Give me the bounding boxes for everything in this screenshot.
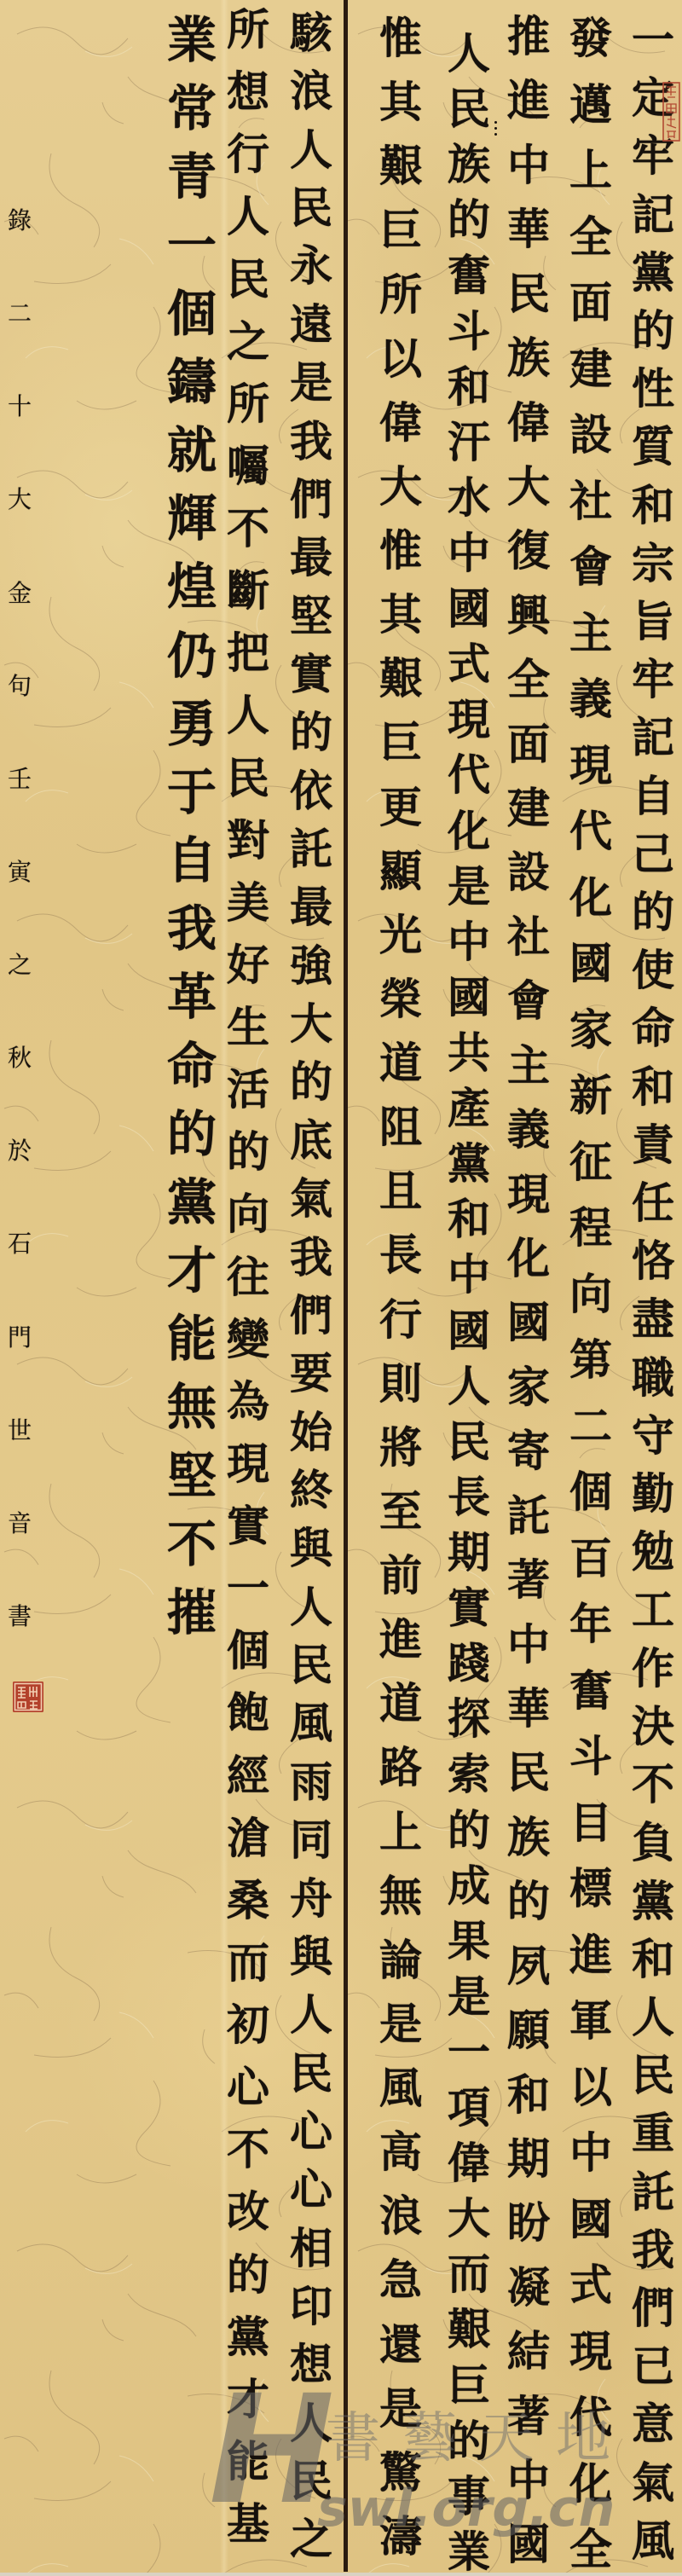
glyph: 二 — [569, 1405, 612, 1448]
calligraphy-column-5: 惟其艱巨所以偉大惟其艱巨更顯光榮道阻且長行則將至前進道路上無論是風高浪急還是驚濤 — [368, 17, 433, 2558]
glyph: 于 — [167, 767, 217, 817]
glyph: 使 — [632, 949, 674, 992]
glyph: 氣 — [290, 1178, 332, 1220]
glyph: 世 — [8, 1419, 32, 1443]
glyph: 國 — [569, 942, 612, 985]
glyph: 進 — [379, 1618, 422, 1661]
calligraphy-scroll: 一定牢記黨的性質和宗旨牢記自己的使命和責任恪盡職守勤勉工作決不負黨和人民重託我們… — [0, 0, 682, 2576]
glyph: 全 — [569, 216, 612, 258]
glyph: 所 — [227, 9, 269, 51]
glyph: 著 — [507, 1559, 550, 1601]
glyph: 全 — [507, 658, 550, 701]
glyph: 期 — [507, 2138, 550, 2180]
glyph: 會 — [569, 546, 612, 588]
glyph: 人 — [448, 1365, 490, 1408]
glyph: 邁 — [569, 84, 612, 126]
glyph: 所 — [227, 383, 269, 425]
glyph: 民 — [507, 1751, 550, 1794]
glyph: 國 — [569, 2198, 612, 2241]
glyph: 將 — [379, 1427, 422, 1469]
glyph: 經 — [227, 1755, 269, 1797]
glyph: 心 — [290, 2110, 332, 2153]
glyph: 和 — [632, 484, 674, 527]
glyph: 就 — [167, 425, 217, 475]
leading-seal-icon — [662, 82, 680, 142]
glyph: 壬 — [8, 767, 32, 791]
glyph: 大 — [379, 466, 422, 508]
glyph: 勤 — [632, 1473, 674, 1515]
glyph: 民 — [448, 88, 490, 130]
glyph: 革 — [167, 972, 217, 1022]
glyph: 還 — [379, 2324, 422, 2366]
glyph: 作 — [632, 1647, 674, 1690]
glyph: 青 — [167, 152, 217, 201]
glyph: 主 — [507, 1045, 550, 1087]
glyph: 人 — [227, 195, 269, 238]
calligraphy-column-3: 推進中華民族偉大復興全面建設社會主義現化國家寄託著中華民族的夙願和期盼凝結著中國 — [496, 15, 561, 2567]
glyph: 以 — [379, 338, 422, 380]
inscription-signature-column: 錄二十大金句壬寅之秋於石門世音書 — [2, 209, 38, 1629]
glyph: 託 — [507, 1495, 550, 1537]
glyph: 負 — [632, 1821, 674, 1864]
glyph: 個 — [227, 1630, 269, 1672]
glyph: 斗 — [448, 310, 490, 353]
glyph: 人 — [290, 1586, 332, 1629]
glyph: 探 — [448, 1698, 490, 1740]
glyph: 不 — [167, 1520, 217, 1569]
glyph: 急 — [379, 2259, 422, 2301]
glyph: 的 — [507, 1880, 550, 1923]
glyph: 能 — [167, 1314, 217, 1363]
glyph: 願 — [507, 2009, 550, 2052]
glyph: 論 — [379, 1939, 422, 1982]
glyph: 強 — [290, 945, 332, 987]
glyph: 標 — [569, 1867, 612, 1910]
glyph: 艱 — [448, 2308, 490, 2351]
glyph: 的 — [290, 1061, 332, 1103]
glyph: 國 — [448, 1310, 490, 1352]
glyph: 水 — [448, 477, 490, 519]
glyph: 託 — [290, 828, 332, 871]
deletion-dots-mark — [494, 121, 500, 138]
glyph: 意 — [632, 2403, 674, 2446]
calligraphy-column-7: 所想行人民之所囑不斷把人民對美好生活的向往變為現實一個飽經滄桑而初心不改的黨才能… — [216, 9, 280, 2545]
glyph: 始 — [290, 1411, 332, 1454]
glyph: 人 — [448, 32, 490, 75]
glyph: 征 — [569, 1141, 612, 1184]
glyph: 無 — [167, 1382, 217, 1432]
glyph: 能 — [227, 2440, 269, 2483]
glyph: 巨 — [379, 721, 422, 764]
glyph: 中 — [507, 1624, 550, 1666]
glyph: 駭 — [290, 12, 332, 55]
glyph: 化 — [507, 1237, 550, 1280]
glyph: 向 — [227, 1193, 269, 1236]
glyph: 生 — [227, 1006, 269, 1049]
glyph: 期 — [448, 1531, 490, 1574]
glyph: 面 — [507, 723, 550, 766]
glyph: 軍 — [569, 2000, 612, 2042]
glyph: 年 — [569, 1603, 612, 1646]
glyph: 們 — [632, 2287, 674, 2330]
glyph: 結 — [507, 2330, 550, 2373]
glyph: 式 — [569, 2264, 612, 2307]
glyph: 依 — [290, 770, 332, 813]
glyph: 會 — [507, 980, 550, 1022]
glyph: 人 — [632, 1996, 674, 2039]
glyph: 以 — [569, 2066, 612, 2109]
glyph: 踐 — [448, 1642, 490, 1685]
glyph: 的 — [290, 711, 332, 754]
glyph: 而 — [227, 1942, 269, 1984]
glyph: 行 — [379, 1299, 422, 1341]
glyph: 中 — [507, 2459, 550, 2502]
glyph: 而 — [448, 2253, 490, 2295]
glyph: 長 — [448, 1476, 490, 1519]
glyph: 實 — [290, 653, 332, 696]
glyph: 底 — [290, 1120, 332, 1162]
glyph: 程 — [569, 1207, 612, 1249]
glyph: 舟 — [290, 1878, 332, 1920]
glyph: 化 — [569, 877, 612, 919]
glyph: 寄 — [507, 1430, 550, 1473]
glyph: 永 — [290, 245, 332, 287]
glyph: 石 — [8, 1232, 32, 1256]
glyph: 向 — [569, 1273, 612, 1316]
glyph: 記 — [632, 716, 674, 759]
glyph: 代 — [569, 810, 612, 853]
glyph: 責 — [632, 1124, 674, 1166]
glyph: 行 — [227, 133, 269, 176]
glyph: 飽 — [227, 1692, 269, 1734]
glyph: 不 — [227, 2128, 269, 2171]
glyph: 命 — [167, 1041, 217, 1091]
glyph: 黨 — [632, 1880, 674, 1923]
glyph: 自 — [167, 836, 217, 885]
glyph: 往 — [227, 1256, 269, 1299]
glyph: 更 — [379, 786, 422, 829]
glyph: 對 — [227, 819, 269, 862]
glyph: 命 — [632, 1007, 674, 1050]
glyph: 煌 — [167, 562, 217, 611]
glyph: 堅 — [290, 595, 332, 638]
glyph: 和 — [632, 1066, 674, 1109]
glyph: 國 — [448, 588, 490, 630]
glyph: 一 — [227, 1567, 269, 1610]
glyph: 著 — [507, 2395, 550, 2438]
glyph: 基 — [227, 2503, 269, 2545]
glyph: 社 — [569, 480, 612, 523]
glyph: 同 — [290, 1819, 332, 1861]
glyph: 民 — [227, 757, 269, 800]
glyph: 華 — [507, 1687, 550, 1730]
glyph: 華 — [507, 208, 550, 251]
glyph: 代 — [448, 754, 490, 796]
glyph: 目 — [569, 1802, 612, 1844]
glyph: 建 — [507, 787, 550, 830]
glyph: 民 — [448, 1421, 490, 1463]
glyph: 光 — [379, 914, 422, 957]
column-divider-line — [344, 0, 348, 2572]
calligraphy-column-1: 一定牢記黨的性質和宗旨牢記自己的使命和責任恪盡職守勤勉工作決不負黨和人民重託我們… — [623, 19, 682, 2562]
glyph: 大 — [8, 488, 32, 512]
glyph: 輝 — [167, 494, 217, 543]
glyph: 一 — [448, 2031, 490, 2074]
glyph: 十 — [8, 395, 32, 419]
glyph: 族 — [448, 143, 490, 186]
glyph: 國 — [507, 2523, 550, 2566]
glyph: 族 — [507, 1816, 550, 1859]
glyph: 路 — [379, 1746, 422, 1789]
glyph: 仍 — [167, 631, 217, 680]
glyph: 的 — [167, 1109, 217, 1159]
glyph: 發 — [569, 17, 612, 60]
glyph: 道 — [379, 1682, 422, 1725]
glyph: 勉 — [632, 1531, 674, 1573]
glyph: 民 — [507, 273, 550, 315]
glyph: 是 — [448, 1976, 490, 2018]
glyph: 好 — [227, 944, 269, 987]
glyph: 巨 — [379, 209, 422, 252]
glyph: 奮 — [448, 254, 490, 297]
glyph: 浪 — [379, 2195, 422, 2237]
glyph: 常 — [167, 84, 217, 133]
glyph: 偉 — [379, 402, 422, 444]
glyph: 黨 — [448, 1143, 490, 1185]
glyph: 人 — [290, 1994, 332, 2036]
glyph: 與 — [290, 1527, 332, 1570]
glyph: 上 — [569, 149, 612, 192]
glyph: 錄 — [8, 209, 32, 233]
glyph: 恪 — [632, 1240, 674, 1282]
glyph: 勇 — [167, 699, 217, 749]
glyph: 我 — [167, 904, 217, 953]
glyph: 最 — [290, 536, 332, 579]
glyph: 進 — [507, 79, 550, 122]
glyph: 和 — [448, 1198, 490, 1241]
glyph: 的 — [448, 2420, 490, 2463]
glyph: 實 — [227, 1505, 269, 1548]
glyph: 項 — [448, 2087, 490, 2129]
glyph: 無 — [379, 1875, 422, 1918]
glyph: 人 — [227, 694, 269, 737]
glyph: 心 — [290, 2168, 332, 2211]
glyph: 雨 — [290, 1761, 332, 1803]
glyph: 業 — [448, 2531, 490, 2573]
glyph: 鑄 — [167, 357, 217, 407]
insertion-correction-mark: 代 — [523, 1195, 536, 1208]
glyph: 滄 — [227, 1817, 269, 1860]
calligraphy-column-2: 發邁上全面建設社會主義現代化國家新征程向第二個百年奮斗目標進軍以中國式現代化全 — [558, 17, 623, 2571]
glyph: 興 — [507, 594, 550, 637]
glyph: 風 — [379, 2067, 422, 2110]
glyph: 堅 — [167, 1451, 217, 1501]
glyph: 託 — [632, 2171, 674, 2214]
glyph: 和 — [507, 2074, 550, 2116]
glyph: 大 — [448, 2197, 490, 2240]
glyph: 書 — [8, 1605, 32, 1629]
glyph: 改 — [227, 2191, 269, 2233]
glyph: 現 — [569, 744, 612, 787]
glyph: 進 — [569, 1934, 612, 1977]
glyph: 浪 — [290, 70, 332, 113]
glyph: 才 — [227, 2378, 269, 2421]
glyph: 才 — [167, 1246, 217, 1295]
calligraphy-column-8: 業常青一個鑄就輝煌仍勇于自我革命的黨才能無堅不摧 — [159, 15, 224, 1637]
glyph: 質 — [632, 425, 674, 468]
glyph: 初 — [227, 2004, 269, 2046]
glyph: 的 — [448, 1809, 490, 1852]
glyph: 中 — [448, 532, 490, 575]
glyph: 國 — [448, 976, 490, 1019]
glyph: 是 — [448, 865, 490, 908]
glyph: 想 — [227, 71, 269, 113]
glyph: 偉 — [507, 402, 550, 444]
glyph: 家 — [507, 1366, 550, 1409]
glyph: 事 — [448, 2475, 490, 2518]
glyph: 民 — [290, 2460, 332, 2503]
glyph: 宗 — [632, 542, 674, 585]
glyph: 義 — [569, 678, 612, 721]
glyph: 職 — [632, 1357, 674, 1399]
glyph: 惟 — [379, 17, 422, 60]
glyph: 民 — [290, 2052, 332, 2095]
glyph: 之 — [290, 2518, 332, 2561]
glyph: 式 — [448, 643, 490, 686]
glyph: 民 — [632, 2054, 674, 2097]
glyph: 相 — [290, 2227, 332, 2270]
glyph: 汗 — [448, 421, 490, 464]
glyph: 實 — [448, 1587, 490, 1630]
glyph: 牢 — [632, 658, 674, 701]
glyph: 是 — [379, 2003, 422, 2046]
glyph: 索 — [448, 1753, 490, 1796]
glyph: 主 — [569, 612, 612, 655]
glyph: 己 — [632, 833, 674, 876]
glyph: 和 — [448, 366, 490, 408]
glyph: 驚 — [379, 2452, 422, 2494]
glyph: 自 — [632, 775, 674, 818]
glyph: 的 — [227, 1131, 269, 1173]
glyph: 中 — [569, 2132, 612, 2174]
glyph: 偉 — [448, 2142, 490, 2185]
calligraphy-column-6: 駭浪人民永遠是我們最堅實的依託最強大的底氣我們要始終與人民風雨同舟與人民心心相印… — [279, 12, 344, 2562]
glyph: 民 — [227, 258, 269, 301]
glyph: 長 — [379, 1234, 422, 1276]
glyph: 道 — [379, 1042, 422, 1085]
glyph: 想 — [290, 2343, 332, 2386]
glyph: 工 — [632, 1589, 674, 1631]
glyph: 決 — [632, 1705, 674, 1748]
glyph: 活 — [227, 1068, 269, 1111]
glyph: 秋 — [8, 1046, 32, 1070]
glyph: 斷 — [227, 570, 269, 612]
glyph: 變 — [227, 1318, 269, 1361]
glyph: 新 — [569, 1074, 612, 1117]
glyph: 顯 — [379, 850, 422, 893]
glyph: 重 — [632, 2112, 674, 2155]
glyph: 所 — [379, 274, 422, 316]
glyph: 共 — [448, 1032, 490, 1074]
glyph: 守 — [632, 1415, 674, 1457]
glyph: 化 — [569, 2463, 612, 2505]
glyph: 不 — [632, 1763, 674, 1806]
glyph: 濤 — [379, 2515, 422, 2558]
glyph: 族 — [507, 337, 550, 379]
glyph: 任 — [632, 1182, 674, 1224]
glyph: 門 — [8, 1326, 32, 1350]
glyph: 的 — [632, 310, 674, 352]
glyph: 我 — [290, 420, 332, 463]
glyph: 我 — [290, 1236, 332, 1279]
glyph: 現 — [227, 1443, 269, 1485]
glyph: 寅 — [8, 860, 32, 884]
glyph: 艱 — [379, 145, 422, 188]
glyph: 至 — [379, 1491, 422, 1533]
glyph: 旨 — [632, 600, 674, 643]
glyph: 果 — [448, 1920, 490, 1963]
glyph: 大 — [507, 466, 550, 508]
glyph: 最 — [290, 886, 332, 929]
glyph: 風 — [632, 2520, 674, 2562]
glyph: 盼 — [507, 2202, 550, 2244]
glyph: 推 — [507, 15, 550, 58]
glyph: 義 — [507, 1109, 550, 1151]
glyph: 個 — [569, 1471, 612, 1514]
glyph: 復 — [507, 530, 550, 572]
glyph: 與 — [290, 1936, 332, 1978]
glyph: 化 — [448, 810, 490, 853]
glyph: 個 — [167, 289, 217, 339]
name-seal-icon — [13, 1682, 43, 1712]
glyph: 中 — [448, 1253, 490, 1296]
glyph: 氣 — [632, 2462, 674, 2504]
glyph: 的 — [227, 2254, 269, 2296]
glyph: 巨 — [448, 2365, 490, 2407]
glyph: 要 — [290, 1352, 332, 1395]
glyph: 不 — [227, 507, 269, 550]
glyph: 二 — [8, 302, 32, 326]
glyph: 設 — [507, 851, 550, 894]
glyph: 心 — [227, 2066, 269, 2109]
glyph: 印 — [290, 2285, 332, 2328]
glyph: 之 — [227, 321, 269, 363]
glyph: 是 — [290, 362, 332, 404]
glyph: 之 — [8, 953, 32, 977]
glyph: 們 — [290, 1294, 332, 1337]
glyph: 為 — [227, 1381, 269, 1423]
glyph: 代 — [569, 2396, 612, 2439]
glyph: 阻 — [379, 1106, 422, 1149]
glyph: 是 — [379, 2388, 422, 2430]
glyph: 業 — [167, 15, 217, 65]
glyph: 人 — [290, 129, 332, 171]
glyph: 艱 — [379, 657, 422, 700]
glyph: 們 — [290, 478, 332, 521]
glyph: 黨 — [227, 2316, 269, 2359]
glyph: 則 — [379, 1363, 422, 1405]
glyph: 金 — [8, 582, 32, 605]
glyph: 中 — [448, 921, 490, 964]
glyph: 前 — [379, 1554, 422, 1597]
glyph: 黨 — [167, 1178, 217, 1227]
glyph: 盡 — [632, 1298, 674, 1340]
glyph: 上 — [379, 1811, 422, 1854]
glyph: 國 — [507, 1301, 550, 1344]
glyph: 囑 — [227, 445, 269, 488]
glyph: 中 — [507, 144, 550, 187]
glyph: 家 — [569, 1009, 612, 1051]
